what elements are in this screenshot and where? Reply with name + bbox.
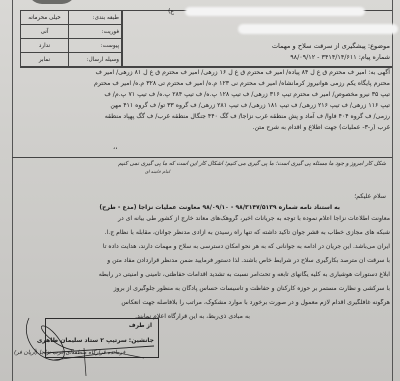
body-line: با سرکشی و نظارت مستمر بر حوزه کارکنان و… bbox=[14, 285, 390, 292]
header-partial-text: ع) bbox=[168, 8, 174, 15]
recipients-line: تیپ ۱۱۶ زرهی/ ف تیپ ۲۱۶ زرهی/ ف تیپ ۱۸۱ … bbox=[110, 102, 390, 109]
separator-dots: ،، bbox=[113, 143, 118, 151]
body-line: هرگونه غافلگیری اقدام لازم معمول و در صو… bbox=[14, 299, 390, 306]
subject-text: پیشگیری از سرقت سلاح و مهمات bbox=[272, 42, 366, 50]
body-line: شبکه های مجازی خطاب به قشر جوان تأکید دا… bbox=[14, 229, 390, 236]
recipients-line: آگهی به: امیر ف محترم ق ع ل ۸۴ پیاده/ ام… bbox=[95, 69, 390, 76]
meta-value: آنی bbox=[21, 25, 69, 39]
salutation: سلام علیکم؛ bbox=[354, 193, 386, 200]
meta-label: فوریت: bbox=[69, 25, 122, 39]
page-border-right bbox=[392, 0, 393, 381]
seal-emblem bbox=[28, 0, 76, 4]
meta-label: طبقه بندی: bbox=[69, 11, 122, 25]
header-column-divider bbox=[122, 10, 123, 66]
divider bbox=[20, 66, 392, 67]
divider bbox=[12, 157, 392, 158]
recipients-line: غرب (ر-۳- عملیات) جهت اطلاع و اقدام به ش… bbox=[253, 124, 390, 131]
reference-line: به استناد نامه شماره ۹۸/۳۱۴۷/۵۱۳۹ - ۹۸/۰… bbox=[99, 204, 340, 211]
recipients-line: رزمی/ ف گروه ۴۰۴ فاوا/ ف آماد و پش منطقه… bbox=[105, 113, 390, 120]
subject-line: موضوع: پیشگیری از سرقت سلاح و مهمات bbox=[272, 42, 390, 50]
redaction-bar bbox=[238, 24, 398, 34]
message-number-line: شماره پیام: ۳۴۱۴/۱۴/۶۱۱ - ۹۸/۰۹/۱۲ bbox=[290, 53, 390, 61]
meta-row-urgency: فوریت: آنی bbox=[21, 25, 122, 39]
stamp-on-behalf: از طرف bbox=[129, 323, 152, 329]
subject-label: موضوع: bbox=[368, 42, 390, 50]
document-page: طبقه بندی: خیلی محرمانه فوریت: آنی پیوست… bbox=[0, 0, 400, 381]
body-line: ایران می‌باشد. این جریان در ادامه به جوا… bbox=[14, 243, 390, 250]
body-line: ابلاغ دستورات هوشیاری به کلیه یگانهای تا… bbox=[14, 271, 390, 278]
body-line: معاونت اطلاعات نزاجا اعلام نموده با توجه… bbox=[14, 215, 390, 222]
slogan-text: شکل کار امروز و جود ما مسئله پی گیری است… bbox=[118, 161, 386, 167]
meta-row-delivery: وسیله ارسال: نمابر bbox=[21, 53, 122, 67]
meta-value: خیلی محرمانه bbox=[21, 11, 69, 25]
meta-value: نمابر bbox=[21, 53, 69, 67]
message-number: ۳۴۱۴/۱۴/۶۱۱ - ۹۸/۰۹/۱۲ bbox=[290, 53, 356, 61]
body-line: با سرقت آن مترصد بکارگیری سلاح در شرایط … bbox=[14, 257, 390, 264]
commander-line: فرمانده قرارگاه منطقه‌ای غرب نزاجا (آریا… bbox=[14, 350, 125, 356]
redaction-bar bbox=[185, 7, 365, 16]
stamp-signatory: جانشین: سرتیپ ۲ ستاد سلیمان طاهری bbox=[37, 337, 154, 344]
meta-row-attachment: پیوست: ندارد bbox=[21, 39, 122, 53]
classification-table: طبقه بندی: خیلی محرمانه فوریت: آنی پیوست… bbox=[20, 10, 122, 67]
meta-label: پیوست: bbox=[69, 39, 122, 53]
meta-row-classification: طبقه بندی: خیلی محرمانه bbox=[21, 11, 122, 25]
recipients-line: محترم پایگاه یکم رزمی هوانیروز کرمانشاه/… bbox=[94, 80, 390, 87]
page-border-left bbox=[12, 0, 13, 381]
message-number-label: شماره پیام: bbox=[359, 53, 390, 61]
slogan-attribution: امام خامنه ای bbox=[145, 170, 170, 175]
meta-value: ندارد bbox=[21, 39, 69, 53]
meta-label: وسیله ارسال: bbox=[69, 53, 122, 67]
recipients-line: تیپ ۳۵ نیرو مخصوص/ امیر ف محترم تیپ ۳۱۶ … bbox=[104, 91, 390, 98]
